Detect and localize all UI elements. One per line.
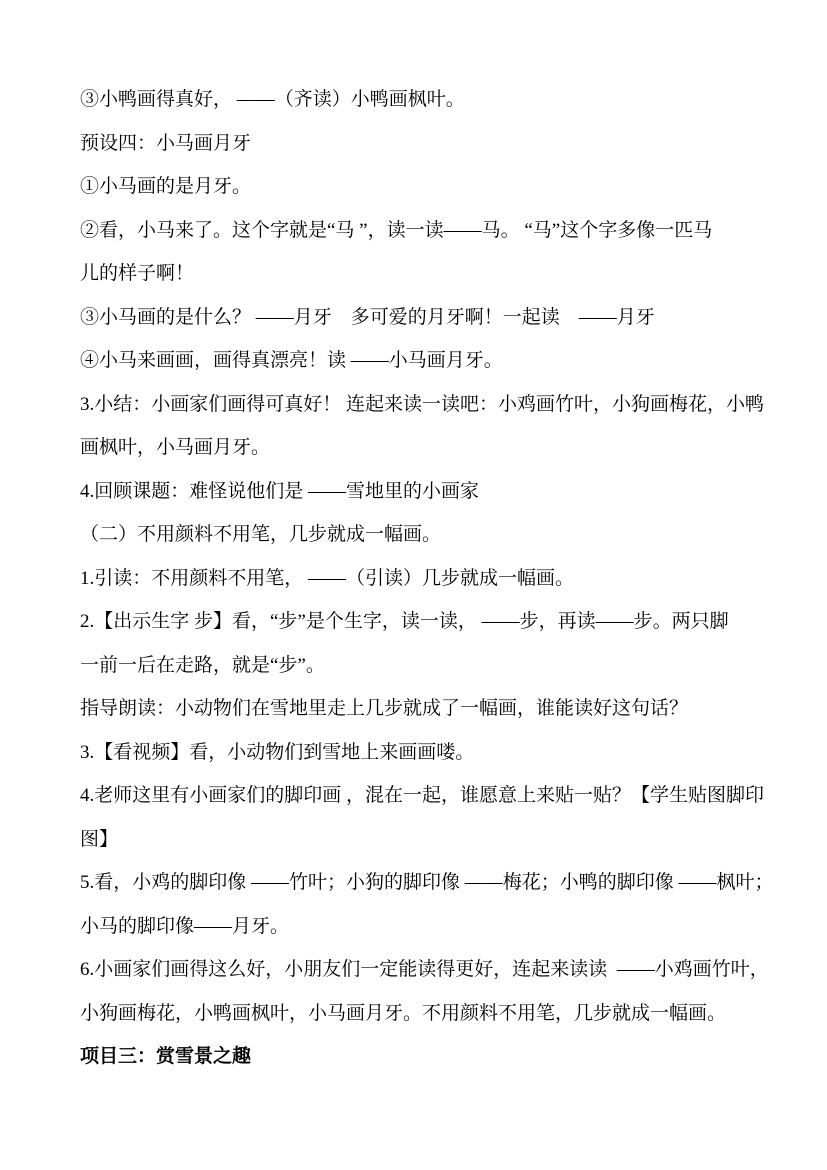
text-line-project-heading: 项目三：赏雪景之趣	[80, 1035, 770, 1079]
text-line: ③小鸭画得真好， ——（齐读）小鸭画枫叶。	[80, 78, 770, 122]
document-page: ③小鸭画得真好， ——（齐读）小鸭画枫叶。 预设四：小马画月牙 ①小马画的是月牙…	[0, 0, 827, 1170]
text-line: ③小马画的是什么？ ——月牙 多可爱的月牙啊！一起读 ——月牙	[80, 296, 770, 340]
text-line: 一前一后在走路，就是“步”。	[80, 644, 770, 688]
text-line: 1.引读：不用颜料不用笔， ——（引读）几步就成一幅画。	[80, 557, 770, 601]
text-line-section-heading: （二）不用颜料不用笔，几步就成一幅画。	[80, 513, 770, 557]
text-line: 6.小画家们画得这么好，小朋友们一定能读得更好，连起来读读 ——小鸡画竹叶，	[80, 948, 770, 992]
text-line: 3.【看视频】看，小动物们到雪地上来画画喽。	[80, 731, 770, 775]
text-line: ②看，小马来了。这个字就是“马 ”，读一读——马。 “马”这个字多像一匹马	[80, 209, 770, 253]
text-line: 图】	[80, 818, 770, 862]
text-line: 3.小结：小画家们画得可真好！ 连起来读一读吧：小鸡画竹叶，小狗画梅花，小鸭	[80, 383, 770, 427]
text-line-heading: 预设四：小马画月牙	[80, 122, 770, 166]
text-line: 4.回顾课题：难怪说他们是 ——雪地里的小画家	[80, 470, 770, 514]
text-line: 小马的脚印像——月牙。	[80, 905, 770, 949]
text-line: 2.【出示生字 步】看，“步”是个生字，读一读， ——步，再读——步。两只脚	[80, 600, 770, 644]
text-line: 指导朗读：小动物们在雪地里走上几步就成了一幅画，谁能读好这句话？	[80, 687, 770, 731]
text-line: 5.看，小鸡的脚印像 ——竹叶；小狗的脚印像 ——梅花；小鸭的脚印像 ——枫叶；	[80, 861, 770, 905]
text-line: ④小马来画画，画得真漂亮！读 ——小马画月牙。	[80, 339, 770, 383]
text-line: 小狗画梅花，小鸭画枫叶，小马画月牙。不用颜料不用笔，几步就成一幅画。	[80, 992, 770, 1036]
text-line: 4.老师这里有小画家们的脚印画 ，混在一起，谁愿意上来贴一贴？【学生贴图脚印	[80, 774, 770, 818]
text-line: 画枫叶，小马画月牙。	[80, 426, 770, 470]
document-content: ③小鸭画得真好， ——（齐读）小鸭画枫叶。 预设四：小马画月牙 ①小马画的是月牙…	[80, 78, 770, 1079]
text-line: 儿的样子啊！	[80, 252, 770, 296]
text-line: ①小马画的是月牙。	[80, 165, 770, 209]
